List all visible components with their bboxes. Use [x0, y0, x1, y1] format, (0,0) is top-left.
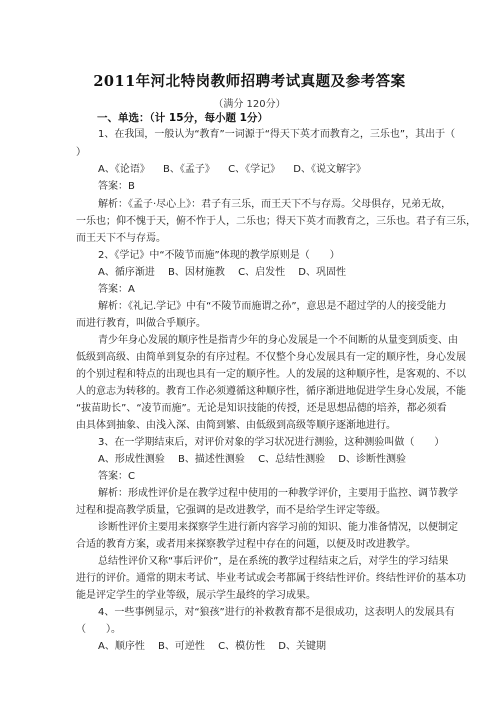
document-title: 2011年河北特岗教师招聘考试真题及参考答案 — [0, 70, 499, 91]
analysis-line: 过程和提高教学质量，它强调的是改进教学，而不是给学生评定等级。 — [76, 504, 446, 518]
option-c: C、总结性测验 — [258, 453, 325, 467]
section-heading: 一、单选：（计 15分，每小题 1分） — [97, 111, 467, 125]
question-4-stem: 4、一些事例显示，对“狼孩”进行的补救教育都不是很成功，这表明人的发展具有 — [98, 606, 468, 620]
analysis-line: 青少年身心发展的顺序性是指青少年的身心发展是一个不间断的从量变到质变、由 — [98, 334, 468, 348]
option-d: D、巩固性 — [298, 266, 346, 280]
analysis-line: 而进行教育，叫做合乎顺序。 — [76, 317, 446, 331]
option-c: C、《学记》 — [228, 163, 280, 177]
option-b: B、《孟子》 — [163, 163, 215, 177]
analysis-line: 人的意志为转移的。教育工作必须遵循这种顺序性，循序渐进地促进学生身心发展，不能 — [76, 385, 446, 399]
analysis-line: 而王天下不与存焉。 — [76, 232, 446, 246]
analysis-line: 能是评定学生的学业等级，展示学生最终的学习成果。 — [76, 589, 446, 603]
analysis-line: 合适的教育方案，或者用来探察教学过程中存在的问题，以便及时改进教学。 — [76, 538, 446, 552]
option-b: B、描述性测验 — [178, 453, 245, 467]
option-a: A、形成性测验 — [98, 453, 165, 467]
analysis-line: 一乐也；仰不愧于天，俯不怍于人，二乐也；得天下英才而教育之，三乐也。君子有三乐， — [76, 215, 446, 229]
question-4-options: A、顺序性 B、可逆性 C、模仿性 D、关键期 — [98, 640, 468, 654]
option-a: A、循序渐进 — [98, 266, 155, 280]
question-1-options: A、《论语》 B、《孟子》 C、《学记》 D、《说文解字》 — [98, 163, 468, 177]
document-page: 2011年河北特岗教师招聘考试真题及参考答案 （满分 120分） 一、单选：（计… — [0, 0, 499, 706]
analysis-line: 进行的评价。通常的期末考试、毕业考试或会考都属于终结性评价。终结性评价的基本功 — [76, 572, 446, 586]
analysis-line: 诊断性评价主要用来探察学生进行新内容学习前的知识、能力准备情况，以便制定 — [98, 521, 468, 535]
option-c: C、模仿性 — [218, 640, 265, 654]
option-d: D、《说文解字》 — [293, 163, 366, 177]
analysis-line: 低级到高级、由简单到复杂的有序过程。不仅整个身心发展具有一定的顺序性，身心发展 — [76, 351, 446, 365]
question-4-stem-cont: （ ）。 — [76, 623, 446, 637]
question-3-options: A、形成性测验 B、描述性测验 C、总结性测验 D、诊断性测验 — [98, 453, 468, 467]
option-b: B、可逆性 — [158, 640, 205, 654]
question-1-answer: 答案：B — [98, 180, 468, 194]
analysis-line: 解析：《礼记.学记》中有“不陵节而施谓之孙”，意思是不超过学的人的接受能力 — [98, 300, 468, 314]
question-2-options: A、循序渐进 B、因材施教 C、启发性 D、巩固性 — [98, 266, 468, 280]
analysis-line: 解析：《孟子·尽心上》：君子有三乐，而王天下不与存焉。父母俱存，兄弟无故， — [98, 198, 468, 212]
question-2-answer: 答案：A — [98, 283, 468, 297]
analysis-line: “拔苗助长”、“凌节而施”。无论是知识技能的传授，还是思想品德的培养，都必须看 — [76, 402, 446, 416]
option-c: C、启发性 — [238, 266, 285, 280]
document-subtitle: （满分 120分） — [0, 95, 499, 110]
question-2-stem: 2、《学记》中“不陵节而施”体现的教学原则是（ ） — [98, 249, 468, 263]
option-a: A、顺序性 — [98, 640, 145, 654]
analysis-line: 总结性评价又称“事后评价”，是在系统的教学过程结束之后，对学生的学习结果 — [98, 555, 468, 569]
option-d: D、诊断性测验 — [338, 453, 406, 467]
analysis-line: 解析：形成性评价是在教学过程中使用的一种教学评价，主要用于监控、调节教学 — [98, 487, 468, 501]
option-a: A、《论语》 — [98, 163, 150, 177]
question-3-answer: 答案：C — [98, 470, 468, 484]
option-b: B、因材施教 — [168, 266, 225, 280]
question-1-stem-cont: ） — [76, 146, 446, 160]
question-1-stem: 1、在我国，一般认为“教育”一词源于“得天下英才而教育之，三乐也”，其出于（ — [98, 128, 468, 142]
analysis-line: 的个别过程和特点的出现也具有一定的顺序性。人的发展的这种顺序性，是客观的、不以 — [76, 368, 446, 382]
analysis-line: 由具体到抽象、由浅入深、由简到繁、由低级到高级等顺序逐渐地进行。 — [76, 419, 446, 433]
question-3-stem: 3、在一学期结束后，对评价对象的学习状况进行测验，这种测验叫做（ ） — [98, 436, 468, 450]
option-d: D、关键期 — [278, 640, 326, 654]
